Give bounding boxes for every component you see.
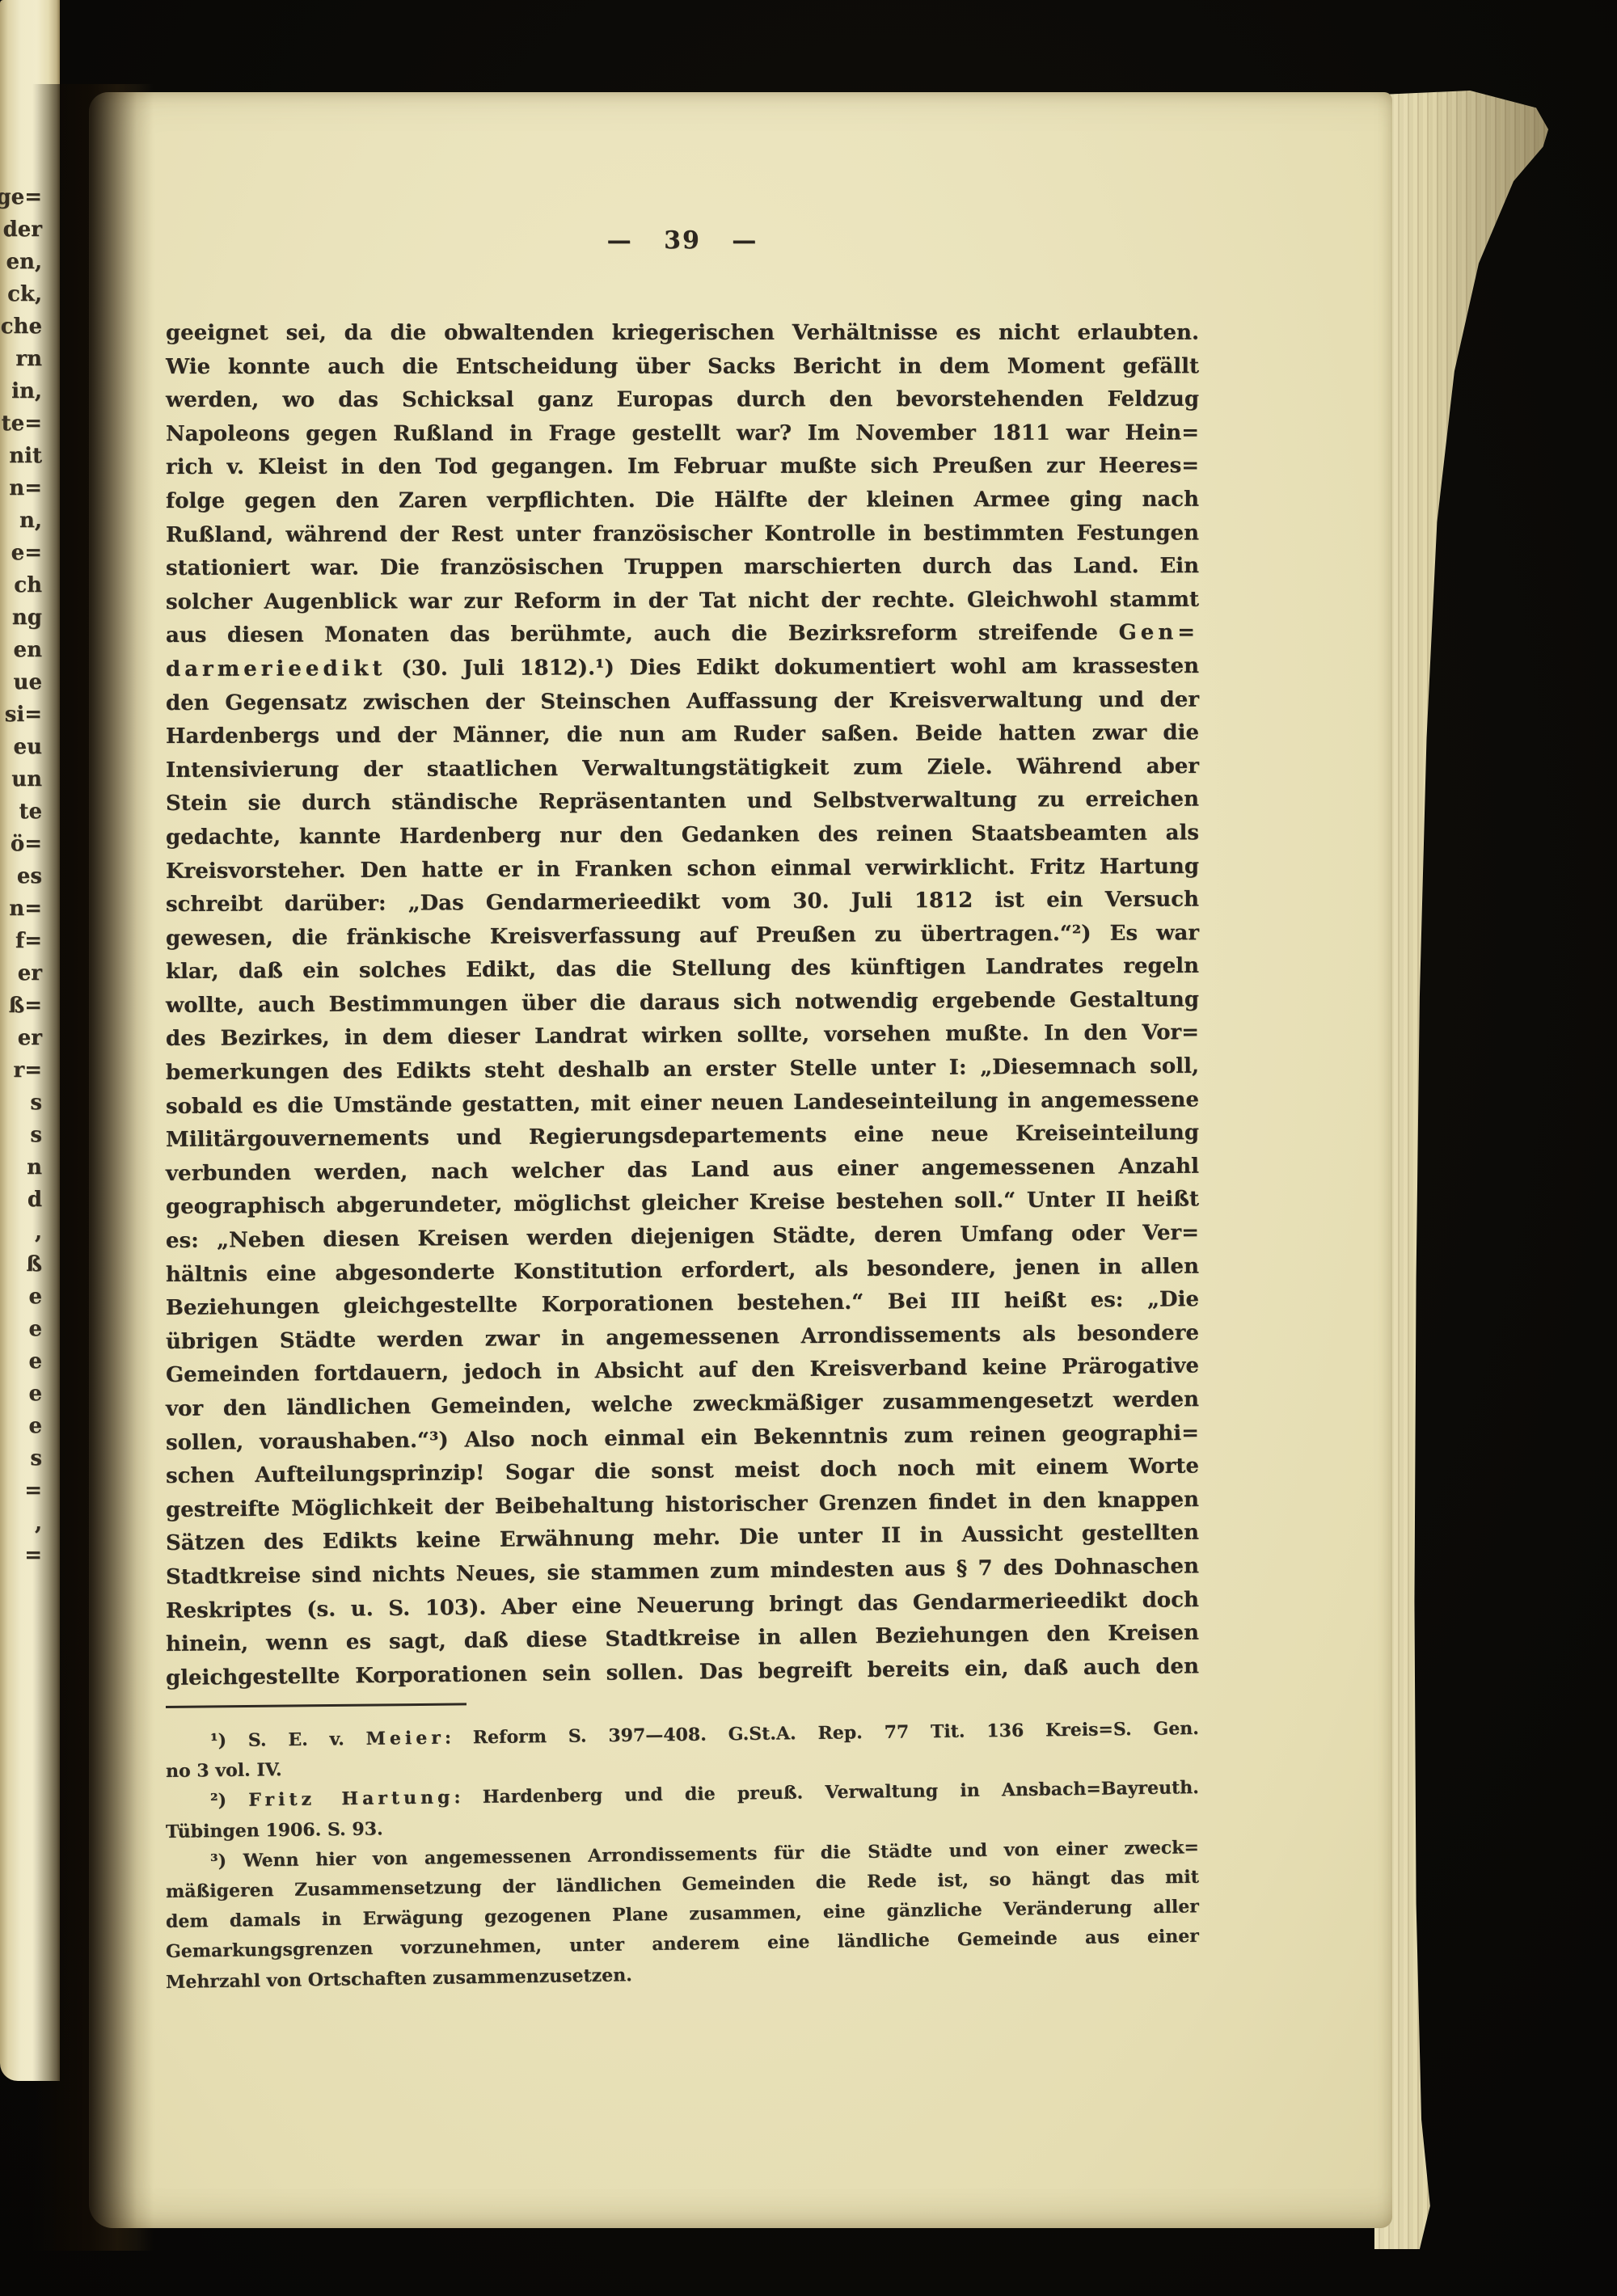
text-segment: Gemeinden fortdauern, jedoch in Absicht … xyxy=(166,1354,1199,1388)
text-segment: verbunden werden, nach welcher das Land … xyxy=(166,1154,1199,1185)
text-line: Intensivierung der staatlichen Verwaltun… xyxy=(166,750,1199,788)
text-segment: schreibt darüber: „Das Gendarmerieedikt … xyxy=(166,888,1199,918)
text-line: folge gegen den Zaren verpflichten. Die … xyxy=(166,483,1199,519)
facing-page-text-fragment: der xyxy=(3,217,42,242)
text-segment: schen Aufteilungsprinzip! Sogar die sons… xyxy=(166,1454,1199,1489)
text-line: schreibt darüber: „Das Gendarmerieedikt … xyxy=(166,884,1199,922)
text-line: werden, wo das Schicksal ganz Europas du… xyxy=(166,383,1199,418)
text-segment: gestreifte Möglichkeit der Beibehaltung … xyxy=(166,1488,1199,1522)
text-segment: werden, wo das Schicksal ganz Europas du… xyxy=(166,387,1199,412)
text-segment: Wie konnte auch die Entscheidung über Sa… xyxy=(166,354,1199,379)
facing-page-text-fragment: n= xyxy=(9,897,42,921)
text-segment: Hardenbergs und der Männer, die nun am R… xyxy=(166,720,1199,749)
facing-page-text-fragment: s xyxy=(30,1446,42,1471)
page-number-header: — 39 — xyxy=(166,226,1199,255)
text-segment: Kreisvorsteher. Den hatte er in Franken … xyxy=(166,854,1199,883)
text-line: Stein sie durch ständische Repräsentante… xyxy=(166,783,1199,821)
text-line: solcher Augenblick war zur Reform in der… xyxy=(166,583,1199,619)
letterspaced-text: Gen= xyxy=(1119,621,1200,645)
text-segment: den Gegensatz zwischen der Steinschen Au… xyxy=(166,687,1199,715)
text-line: Hardenbergs und der Männer, die nun am R… xyxy=(166,716,1199,753)
text-segment: sollen, voraushaben.“³) Also noch einmal… xyxy=(166,1420,1199,1454)
facing-page-text-fragment: f= xyxy=(15,929,42,953)
text-segment: es: „Neben diesen Kreisen werden diejeni… xyxy=(166,1221,1199,1253)
text-line: klar, daß ein solches Edikt, das die Ste… xyxy=(166,950,1199,990)
facing-page-text-fragment: er xyxy=(18,1026,42,1050)
page-stack-fore-edge xyxy=(1374,91,1548,2249)
text-line: den Gegensatz zwischen der Steinschen Au… xyxy=(166,683,1199,720)
text-segment: geographisch abgerundeter, möglichst gle… xyxy=(166,1188,1199,1220)
text-segment: des Bezirkes, in dem dieser Landrat wirk… xyxy=(166,1021,1199,1052)
text-segment: Sätzen des Edikts keine Erwähnung mehr. … xyxy=(166,1521,1199,1555)
facing-page-text-fragment: e= xyxy=(11,541,42,565)
facing-page-text-fragment: ß= xyxy=(8,994,42,1018)
facing-page-text-fragment: d xyxy=(27,1188,42,1212)
text-segment: : Reform S. 397—408. G.St.A. Rep. 77 Tit… xyxy=(445,1718,1199,1749)
text-segment: klar, daß ein solches Edikt, das die Ste… xyxy=(166,954,1199,984)
facing-page-text-fragment: te xyxy=(19,800,42,824)
facing-page-text-fragment: en, xyxy=(6,250,43,274)
text-segment: solcher Augenblick war zur Reform in der… xyxy=(166,587,1199,614)
text-segment: vor den ländlichen Gemeinden, welche zwe… xyxy=(166,1387,1199,1421)
facing-page-text-fragment: te= xyxy=(2,412,42,436)
facing-page-text-fragment: ng xyxy=(12,606,42,630)
text-segment: Militärgouvernements und Regierungsdepar… xyxy=(166,1121,1199,1152)
text-segment: gewesen, die fränkische Kreisverfassung … xyxy=(166,921,1199,951)
body-text: geeignet sei, da die obwaltenden krieger… xyxy=(166,317,1199,1695)
facing-page-text-fragment: , xyxy=(35,1220,42,1244)
text-segment: : Hardenberg und die preuß. Verwaltung i… xyxy=(454,1777,1199,1808)
facing-page-text-fragment: r= xyxy=(14,1058,42,1083)
text-segment: Rußland, während der Rest unter französi… xyxy=(166,521,1199,547)
facing-page-text-fragment: e xyxy=(28,1349,42,1374)
text-segment: rich v. Kleist in den Tod gegangen. Im F… xyxy=(166,454,1199,480)
book-photo-scene: ge=deren,ck,chernin,te=nitn=n,e=chngenue… xyxy=(0,0,1617,2296)
facing-page-text-fragment: ue xyxy=(14,670,42,694)
text-segment: stationiert war. Die französischen Trupp… xyxy=(166,554,1199,580)
letterspaced-text: Fritz Hartung xyxy=(248,1787,454,1811)
facing-page-text-fragment: ck, xyxy=(7,282,42,306)
text-segment: no 3 vol. IV. xyxy=(166,1759,282,1782)
book-page: — 39 — geeignet sei, da die obwaltenden … xyxy=(89,92,1392,2228)
text-segment: Tübingen 1906. S. 93. xyxy=(166,1818,383,1842)
facing-page-text-fragment: ß xyxy=(26,1252,42,1277)
text-segment: Intensivierung der staatlichen Verwaltun… xyxy=(166,754,1199,783)
letterspaced-text: darmerieedikt xyxy=(166,656,386,682)
text-line: Kreisvorsteher. Den hatte er in Franken … xyxy=(166,850,1199,888)
text-line: aus diesen Monaten das berühmte, auch di… xyxy=(166,617,1199,653)
text-segment: geeignet sei, da die obwaltenden krieger… xyxy=(166,321,1199,345)
text-segment: Beziehungen gleichgestellte Korporatione… xyxy=(166,1287,1199,1320)
text-segment: Stadtkreise sind nichts Neues, sie stamm… xyxy=(166,1554,1199,1589)
text-line: rich v. Kleist in den Tod gegangen. Im F… xyxy=(166,450,1199,485)
facing-page-text-fragment: e xyxy=(28,1382,42,1406)
facing-page-text-fragment: es xyxy=(17,864,42,888)
facing-page-text-fragment: s xyxy=(30,1091,42,1115)
text-segment: bemerkungen des Edikts steht deshalb an … xyxy=(166,1054,1199,1085)
text-segment: Mehrzahl von Ortschaften zusammenzusetze… xyxy=(166,1965,632,1993)
facing-page-text-fragment: si= xyxy=(5,703,42,727)
text-segment: Napoleons gegen Rußland in Frage gestell… xyxy=(166,420,1199,446)
facing-page-text-fragment: e xyxy=(28,1414,42,1438)
letterspaced-text: Meier xyxy=(365,1728,445,1749)
facing-page-text-fragment: en xyxy=(14,638,42,662)
footnotes-text: ¹) S. E. v. Meier: Reform S. 397—408. G.… xyxy=(166,1727,1199,1998)
text-segment: folge gegen den Zaren verpflichten. Die … xyxy=(166,487,1199,513)
footnote-separator-rule xyxy=(166,1703,467,1708)
facing-page-text-fragment: nit xyxy=(9,444,42,468)
facing-page-text-fragment: ge= xyxy=(0,185,42,209)
text-segment: wollte, auch Bestimmungen über die darau… xyxy=(166,987,1199,1018)
facing-page-text-fragment: rn xyxy=(15,347,42,371)
text-line: darmerieedikt (30. Juli 1812).¹) Dies Ed… xyxy=(166,650,1199,687)
text-segment: gedachte, kannte Hardenberg nur den Geda… xyxy=(166,821,1199,850)
facing-page-text-fragment: n xyxy=(27,1155,42,1180)
text-segment: aus diesen Monaten das berühmte, auch di… xyxy=(166,621,1119,648)
text-segment: ¹) S. E. v. xyxy=(210,1728,366,1751)
text-line: Rußland, während der Rest unter französi… xyxy=(166,517,1199,552)
text-line: gedachte, kannte Hardenberg nur den Geda… xyxy=(166,817,1199,855)
facing-page-text-fragment: ö= xyxy=(11,832,42,856)
facing-page-text-fragment: un xyxy=(11,767,42,791)
facing-page-text-fragment: = xyxy=(24,1543,42,1568)
facing-page-text-fragment: = xyxy=(24,1479,42,1503)
text-line: Napoleons gegen Rußland in Frage gestell… xyxy=(166,416,1199,451)
text-segment: ²) xyxy=(210,1790,249,1812)
facing-page-text-fragment: ch xyxy=(14,573,42,597)
text-segment: übrigen Städte werden zwar in angemessen… xyxy=(166,1321,1199,1354)
text-segment: Stein sie durch ständische Repräsentante… xyxy=(166,787,1199,816)
facing-page-text-fragment: n, xyxy=(19,509,42,533)
text-segment: (30. Juli 1812).¹) Dies Edikt dokumentie… xyxy=(386,654,1199,681)
facing-page-text-fragment: er xyxy=(18,961,42,986)
text-segment: sobald es die Umstände gestatten, mit ei… xyxy=(166,1087,1199,1119)
text-line: stationiert war. Die französischen Trupp… xyxy=(166,550,1199,586)
facing-page-text-fragment: s xyxy=(30,1123,42,1147)
facing-page-text-fragment: e xyxy=(28,1317,42,1341)
text-segment: hältnis eine abgesonderte Konstitution e… xyxy=(166,1254,1199,1286)
text-line: geeignet sei, da die obwaltenden krieger… xyxy=(166,317,1199,351)
facing-page-text-fragment: e xyxy=(28,1285,42,1309)
facing-page-text-fragment: n= xyxy=(9,476,42,500)
facing-page-text-fragment: eu xyxy=(14,735,42,759)
facing-page-text-fragment: , xyxy=(35,1511,42,1535)
facing-page-text-fragment: che xyxy=(1,314,42,339)
text-line: Wie konnte auch die Entscheidung über Sa… xyxy=(166,350,1199,384)
facing-page-text-fragment: in, xyxy=(11,379,42,403)
left-page-edge: ge=deren,ck,chernin,te=nitn=n,e=chngenue… xyxy=(0,0,60,2081)
